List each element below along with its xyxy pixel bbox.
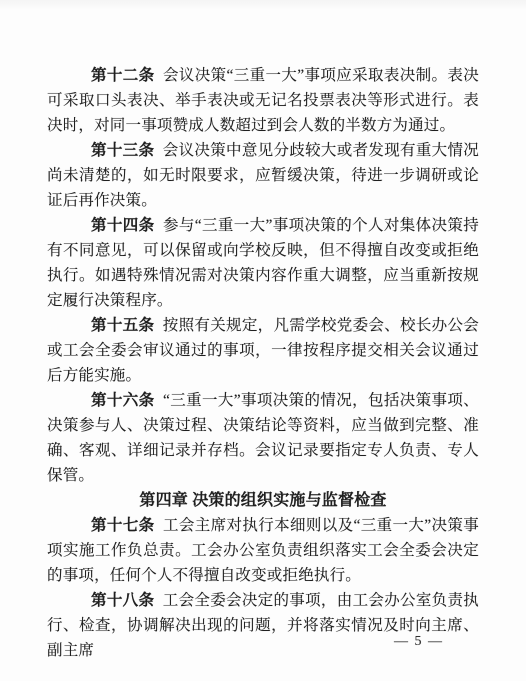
article-17-number: 第十七条: [91, 517, 155, 534]
article-12-paragraph: 第十二条会议决策“三重一大”事项应采取表决制。表决可采取口头表决、举手表决或无记…: [47, 63, 479, 138]
article-18-paragraph: 第十八条工会全委会决定的事项，由工会办公室负责执行、检查，协调解决出现的问题，并…: [47, 588, 479, 663]
document-body: 第十二条会议决策“三重一大”事项应采取表决制。表决可采取口头表决、举手表决或无记…: [47, 63, 479, 663]
article-14-paragraph: 第十四条参与“三重一大”事项决策的个人对集体决策持有不同意见，可以保留或向学校反…: [47, 213, 479, 313]
article-15-paragraph: 第十五条按照有关规定，凡需学校党委会、校长办公会或工会全委会审议通过的事项，一律…: [47, 313, 479, 388]
article-13-paragraph: 第十三条会议决策中意见分歧较大或者发现有重大情况尚未清楚的，如无时限要求，应暂缓…: [47, 138, 479, 213]
article-14-number: 第十四条: [91, 217, 155, 234]
article-12-number: 第十二条: [91, 67, 155, 84]
article-18-number: 第十八条: [91, 592, 154, 609]
article-13-number: 第十三条: [91, 142, 154, 159]
page-number: — 5 —: [394, 634, 444, 650]
document-page: 第十二条会议决策“三重一大”事项应采取表决制。表决可采取口头表决、举手表决或无记…: [0, 0, 526, 681]
article-15-number: 第十五条: [91, 317, 154, 334]
article-16-paragraph: 第十六条“三重一大”事项决策的情况，包括决策事项、决策参与人、决策过程、决策结论…: [47, 388, 479, 488]
chapter-4-heading: 第四章 决策的组织实施与监督检查: [47, 488, 479, 513]
article-16-number: 第十六条: [91, 392, 155, 409]
article-17-paragraph: 第十七条工会主席对执行本细则以及“三重一大”决策事项实施工作负总责。工会办公室负…: [47, 513, 479, 588]
